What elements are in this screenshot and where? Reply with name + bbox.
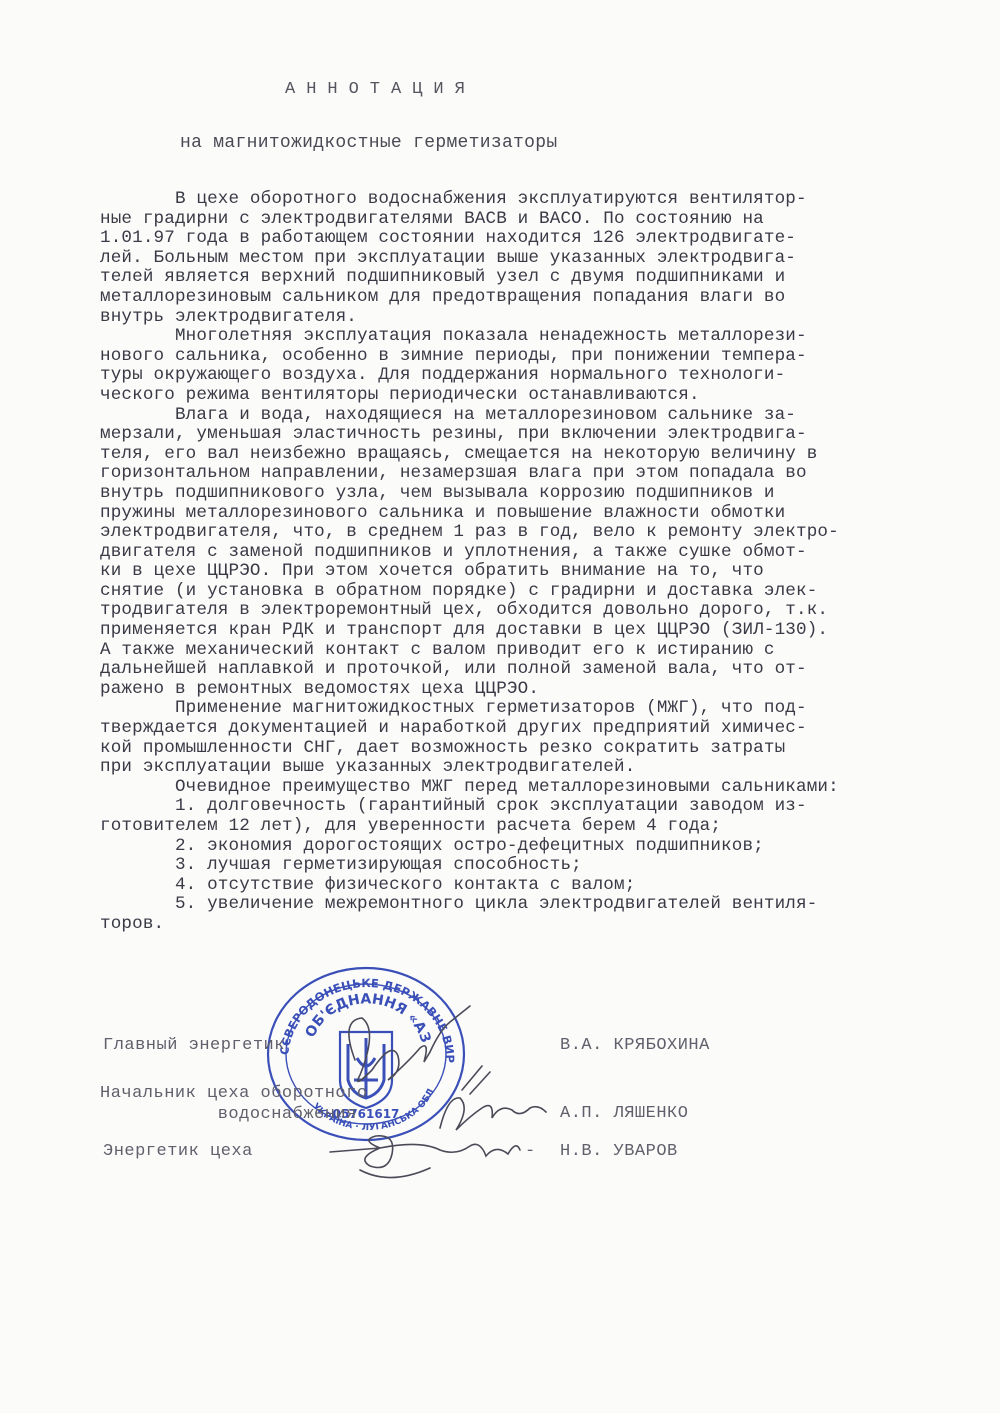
signature-role-shop-head: Начальник цеха оборотного водоснабжения [100,1083,368,1125]
signature-name-shop-energetic: Н.В. УВАРОВ [560,1142,678,1161]
signature-dash: - [525,1142,536,1161]
signature-role-shop-energetic: Энергетик цеха [103,1142,253,1161]
document-page: АННОТАЦИЯ на магнитожидкостные герметиза… [0,0,1000,1413]
signature-name-chief-energetic: В.А. КРЯБОХИНА [560,1036,710,1055]
signature-block: Главный энергетик В.А. КРЯБОХИНА Начальн… [0,0,1000,1413]
signature-role-chief-energetic: Главный энергетик [103,1036,285,1055]
signature-name-shop-head: А.П. ЛЯШЕНКО [560,1104,688,1123]
